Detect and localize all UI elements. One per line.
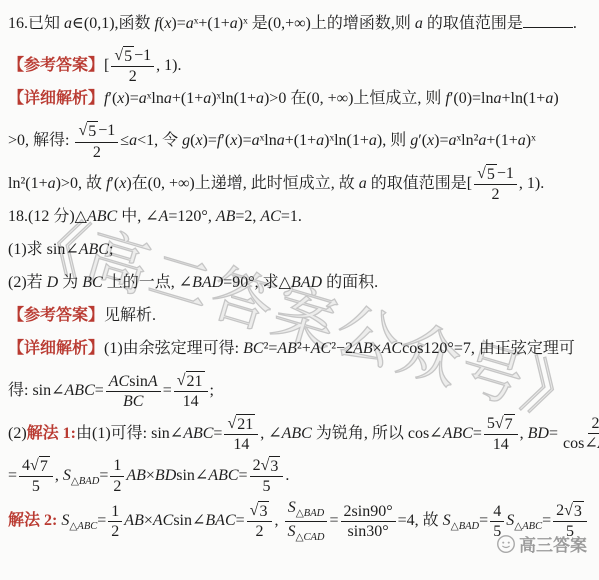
radicand: 5 [123,46,134,66]
math-variable: a [449,132,457,149]
text-line: 解法 2: S△ABC=12AB×ACsin∠BAC=√32, S△BADS△C… [8,497,595,545]
radicand: 3 [269,456,280,476]
text-line: 【参考答案】[√5−12, 1). [8,45,595,87]
radicand: 3 [258,501,269,521]
math-variable: BAD [304,508,324,519]
sqrt-expression: √3 [261,456,281,476]
text-run: 1 [113,457,121,474]
math-variable: a [415,15,423,32]
text-run: , [520,424,528,441]
text-run: ˣln² [457,132,479,149]
radical-sign-icon: √ [227,414,236,434]
text-run: =2, [235,208,260,225]
radical-sign-icon: √ [177,371,186,391]
math-variable: S [63,467,71,484]
text-run: <1, 令 [137,132,182,149]
text-run: cos∠ [563,435,598,452]
text-run: =90°, 求△ [223,274,291,291]
fraction-denominator: 2 [126,67,140,86]
text-run: )= [171,15,185,32]
subscript: △ABC [514,521,542,532]
text-run: △ [296,508,304,519]
fraction: ACsinABC [106,371,161,412]
math-variable: a [139,90,147,107]
text-run: =4, 故 [398,512,443,529]
text-run: (1)求 sin∠ [8,241,79,258]
text-run: +ln(1+ [502,90,546,107]
math-variable: ABC [77,521,97,532]
math-variable: D [47,274,59,291]
text-run: ˣln [147,90,164,107]
text-run: )ˣ 是(0,+∞)上的增函数,则 [238,15,415,32]
text-run: = [8,467,17,484]
radical-sign-icon: √ [250,501,259,521]
text-run: ′( [418,132,427,149]
text-run: × [146,467,155,484]
text-run: )= [434,132,448,149]
text-run: = [549,424,558,441]
math-variable: a [48,175,56,192]
text-line: 16.已知 a∈(0,1),函数 f(x)=aˣ+(1+a)ˣ 是(0,+∞)上… [8,12,595,36]
text-run: = [542,512,551,529]
text-run: 16.已知 [8,15,64,32]
text-run: , 1). [519,175,544,192]
text-run: , [274,512,282,529]
radicand: 21 [186,371,205,391]
text-run: sin30° [348,523,389,540]
text-run: 18.(12 分)△ [8,208,87,225]
text-run: 2 [256,523,264,540]
text-line: ln²(1+a)>0, 故 f′(x)在(0, +∞)上递增, 此时恒成立, 故… [8,163,595,205]
text-run: , [55,467,63,484]
math-variable: BC [82,274,102,291]
text-run: = [213,424,222,441]
text-run: 5 [262,478,270,495]
text-run: ; [210,382,214,399]
text-line: (2)若 D 为 BC 上的一点, ∠BAD=90°, 求△BAD 的面积. [8,271,595,295]
text-run: ˣ+(1+ [194,15,230,32]
text-run: sin [129,373,148,390]
text-line: (1)求 sin∠ABC; [8,238,595,262]
text-run: ˣln [260,132,277,149]
text-run: ′(0)=ln [450,90,494,107]
math-variable: S [506,512,514,529]
text-run: )= [237,132,251,149]
fraction: 45 [490,501,504,542]
text-run: × [373,340,382,357]
text-run: +(1+ [486,132,517,149]
math-variable: AC [311,340,331,357]
text-run: ≤ [120,132,129,149]
text-run: cos120°=7, 由正弦定理可 [402,340,575,357]
text-run: =120°, [168,208,215,225]
fraction-numerator: 2√3 [250,456,284,477]
fraction-numerator: √21 [224,414,258,435]
text-run: ′( [108,90,117,107]
text-line: =4√75, S△BAD=12AB×BDsin∠ABC=2√35. [8,455,595,497]
sqrt-expression: √7 [30,456,50,476]
radical-sign-icon: √ [495,414,504,434]
text-run: ′( [110,175,119,192]
math-variable: BAD [192,274,223,291]
text-line: 【详细解析】f′(x)=aˣlna+(1+a)ˣln(1+a)>0 在(0, +… [8,87,595,111]
sqrt-expression: √3 [564,501,584,521]
math-variable: x [195,132,202,149]
text-run: ²+ [297,340,311,357]
text-run: △ [451,521,459,532]
text-run: = [99,467,108,484]
fraction-numerator: 4√7 [19,456,53,477]
text-run: 14 [493,436,509,453]
text-run: . [573,15,577,32]
math-variable: ABC [65,382,95,399]
math-variable: ABC [443,424,473,441]
text-run: = [330,512,339,529]
text-run: 得: sin∠ [8,382,65,399]
radical-sign-icon: √ [477,164,486,184]
text-run: = [236,512,245,529]
subscript: △CAD [295,532,324,543]
math-variable: a [256,90,264,107]
section-label: 【参考答案】 [8,307,104,324]
fraction-numerator: √3 [247,501,273,522]
text-run: (2)若 [8,274,47,291]
math-variable: g [182,132,190,149]
radicand: 21 [236,414,255,434]
subscript: △BAD [451,521,480,532]
text-run: )= [203,132,217,149]
text-run: 上的一点, ∠ [103,274,192,291]
text-run: 5 [487,415,495,432]
fraction: √2114 [224,413,258,455]
text-run: ∈(0,1),函数 [72,15,155,32]
fraction: 2√35 [250,455,284,497]
math-variable: ABC [208,467,238,484]
text-run: 2 [556,502,564,519]
section-label: 【详细解析】 [8,340,104,357]
fraction-denominator: 2 [110,477,124,496]
fraction-denominator: 14 [180,392,202,411]
fraction: √2114 [174,370,208,412]
text-run: , ∠ [260,424,281,441]
fraction-denominator: 5 [259,477,273,496]
text-run: −1 [98,122,115,139]
radicand: 7 [504,414,515,434]
fraction-denominator: 5 [490,522,504,541]
text-run: 5 [32,478,40,495]
fraction: √5−12 [474,163,517,205]
text-line: 得: sin∠ABC=ACsinABC=√2114; [8,370,595,412]
fraction: 4√75 [19,455,53,497]
answer-blank [523,13,573,28]
text-run: 2 [113,478,121,495]
fraction-numerator: 2 [588,414,599,434]
text-line: >0, 解得: √5−12≤a<1, 令 g(x)=f′(x)=aˣlna+(1… [8,120,595,162]
math-variable: BC [123,393,143,410]
radicand: 5 [486,164,497,184]
math-variable: AB [353,340,373,357]
text-run: 2 [253,457,261,474]
math-variable: S [288,499,296,516]
math-variable: a [359,175,367,192]
math-variable: a [64,15,72,32]
text-run: = [163,382,172,399]
fraction-denominator: 5 [563,522,577,541]
math-variable: a [164,90,172,107]
text-run: )>0, 故 [56,175,106,192]
fraction-denominator: 5 [29,477,43,496]
text-run: +(1+ [172,90,203,107]
text-line: 【参考答案】见解析. [8,304,595,328]
math-variable: a [277,132,285,149]
subscript: △BAD [71,476,100,487]
math-variable: a [494,90,502,107]
fraction: 2√35 [553,500,587,542]
fraction-denominator: 2 [253,522,267,541]
text-run: 2 [111,523,119,540]
subscript: △BAD [296,508,325,519]
fraction-denominator: 2 [489,185,503,204]
sqrt-expression: √21 [227,414,255,434]
math-variable: AB [124,512,144,529]
math-variable: BD [528,424,549,441]
fraction: √5−12 [75,120,118,162]
text-line: 【详细解析】(1)由余弦定理可得: BC²=AB²+AC²−2AB×ACcos1… [8,337,595,361]
math-variable: AB [126,467,146,484]
text-run: sin∠ [176,467,208,484]
math-variable: g [410,132,418,149]
math-variable: a [129,132,137,149]
math-variable: BAD [79,476,99,487]
math-variable: A [148,373,158,390]
text-run: 14 [233,436,249,453]
text-run: >0, 解得: [8,132,73,149]
text-run: )ˣln(1+ [211,90,256,107]
math-variable: AC [260,208,280,225]
math-variable: AB [277,340,297,357]
fraction-numerator: S△BAD [285,498,328,522]
math-variable: AC [153,512,173,529]
subscript: △ABC [69,521,97,532]
text-run: △ [71,476,79,487]
math-variable: CAD [304,532,325,543]
text-run: ; [109,241,113,258]
text-run: ), 则 [377,132,410,149]
math-variable: BAC [205,512,235,529]
fraction-denominator: sin30° [345,522,392,541]
fraction-numerator: 2sin90° [341,502,396,522]
text-run: ln²(1+ [8,175,48,192]
text-run: )在(0, +∞)上递增, 此时恒成立, 故 [126,175,358,192]
fraction-numerator: 1 [110,456,124,476]
math-variable: ABC [79,241,109,258]
math-variable: a [186,15,194,32]
radicand: 3 [573,501,584,521]
math-variable: A [159,208,169,225]
text-run: ′( [221,132,230,149]
sqrt-expression: √5 [78,121,98,141]
fraction-numerator: 2√3 [553,501,587,522]
radical-sign-icon: √ [114,46,123,66]
math-variable: S [443,512,451,529]
text-run: × [144,512,153,529]
text-run: . [285,467,289,484]
math-variable: AC [109,373,129,390]
text-run: 为锐角, 所以 cos∠ [312,424,443,441]
math-variable: a [230,15,238,32]
math-variable: ABC [183,424,213,441]
text-run: 5 [566,523,574,540]
sqrt-expression: √3 [250,501,270,521]
text-run: = [97,512,106,529]
radicand: 7 [39,456,50,476]
fraction: √5−12 [111,45,154,87]
text-run: = [473,424,482,441]
sqrt-expression: √21 [177,371,205,391]
text-run: ²−2 [331,340,353,357]
math-variable: BAD [291,274,322,291]
fraction: 12 [108,501,122,542]
section-label: 解法 2: [8,512,61,529]
fraction: √32 [247,500,273,542]
fraction-denominator: S△CAD [284,522,327,545]
text-run: −1 [497,165,514,182]
text-run: ²= [264,340,278,357]
fraction: 5√714 [484,413,518,455]
fraction-denominator: 14 [230,435,252,454]
text-run: 为 [58,274,82,291]
text-line: 18.(12 分)△ABC 中, ∠A=120°, AB=2, AC=1. [8,205,595,229]
math-variable: BAD [459,521,479,532]
section-label: 【详细解析】 [8,90,104,107]
fraction-denominator: 14 [490,435,512,454]
radical-sign-icon: √ [30,456,39,476]
fraction: 2cos∠ABC [560,413,599,454]
text-run: = [239,467,248,484]
math-variable: BC [243,340,263,357]
text-run: 的面积. [322,274,378,291]
text-run: 2 [492,186,500,203]
text-run: ) [553,90,558,107]
sqrt-expression: √5 [477,164,497,184]
section-label: 【参考答案】 [8,57,104,74]
text-run: 的取值范围是 [423,15,523,32]
text-run: 14 [183,393,199,410]
text-run: 4 [22,457,30,474]
text-run: 2 [93,144,101,161]
text-run: 2 [129,68,137,85]
radical-sign-icon: √ [261,456,270,476]
text-run: 中, ∠ [117,208,158,225]
text-run: 的取值范围是[ [367,175,472,192]
scanned-answer-page: 《高二答案公众号》 16.已知 a∈(0,1),函数 f(x)=aˣ+(1+a)… [0,0,599,580]
text-run: =1. [281,208,302,225]
text-run: 4 [493,503,501,520]
text-run: 见解析. [104,307,156,324]
fraction-numerator: 5√7 [484,414,518,435]
fraction-numerator: √5−1 [474,164,517,185]
text-run: = [479,512,488,529]
text-line: (2)解法 1:由(1)可得: sin∠ABC=√2114, ∠ABC 为锐角,… [8,413,595,455]
math-variable: BD [155,467,176,484]
text-run: (2) [8,424,27,441]
fraction-numerator: √21 [174,371,208,392]
math-variable: ABC [522,521,542,532]
text-run: 由(1)可得: sin∠ [76,424,183,441]
text-run: )= [124,90,138,107]
fraction: 12 [110,455,124,496]
fraction-denominator: cos∠ABC [560,434,599,453]
fraction: 2sin90°sin30° [341,501,396,542]
text-run: = [95,382,104,399]
text-run: 1 [111,503,119,520]
fraction-denominator: 2 [90,143,104,162]
math-variable: a [252,132,260,149]
text-run: 5 [493,523,501,540]
math-variable: a [316,132,324,149]
sqrt-expression: √5 [114,46,134,66]
radical-sign-icon: √ [564,501,573,521]
math-variable: ABC [282,424,312,441]
text-run: (1)由余弦定理可得: [104,340,243,357]
fraction-numerator: ACsinA [106,372,161,392]
radical-sign-icon: √ [78,121,87,141]
text-run: −1 [134,47,151,64]
text-run: )ˣ [526,132,536,149]
fraction-denominator: 2 [108,522,122,541]
text-run: [ [104,57,109,74]
fraction-numerator: 4 [490,502,504,522]
sqrt-expression: √7 [495,414,515,434]
document-lines: 16.已知 a∈(0,1),函数 f(x)=aˣ+(1+a)ˣ 是(0,+∞)上… [0,0,599,545]
math-variable: a [369,132,377,149]
text-run: 2sin90° [344,503,393,520]
text-run: , 1). [156,57,181,74]
text-run: 2 [591,415,599,432]
section-label: 解法 1: [27,424,76,441]
math-variable: AC [382,340,402,357]
math-variable: a [518,132,526,149]
text-run: sin∠ [173,512,205,529]
math-variable: AB [216,208,236,225]
text-run: )>0 在(0, +∞)上恒成立, 则 [264,90,445,107]
fraction-numerator: √5−1 [75,121,118,142]
radicand: 5 [87,121,98,141]
text-run: △ [295,532,303,543]
math-variable: ABC [87,208,117,225]
fraction-numerator: 1 [108,502,122,522]
fraction-denominator: BC [120,392,146,411]
fraction-numerator: √5−1 [111,46,154,67]
fraction: S△BADS△CAD [284,497,327,545]
text-run: )ˣln(1+ [324,132,369,149]
text-run: +(1+ [285,132,316,149]
